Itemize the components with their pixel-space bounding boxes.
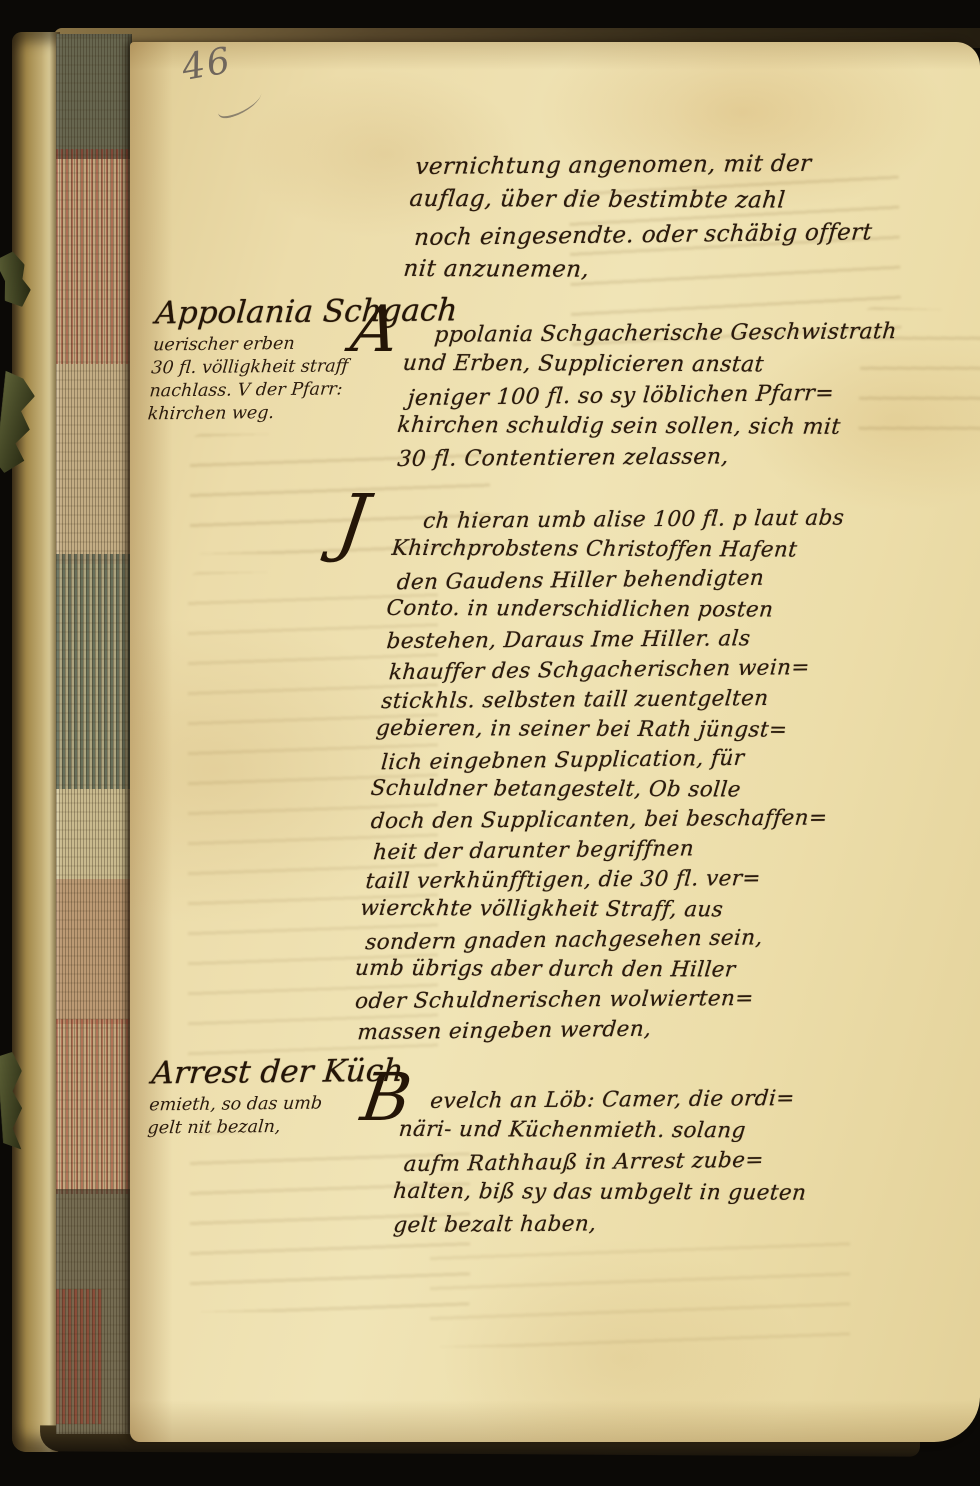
handwritten-line: lich eingebnen Supplication, für [380, 742, 923, 779]
illuminated-initial: A [348, 300, 403, 360]
handwritten-line: vernichtung angenomen, mit der [414, 146, 917, 185]
handwritten-line: taill verkhünfftigen, die 30 fl. ver= [364, 863, 907, 897]
page-fore-edge-stack [56, 34, 132, 1434]
paragraph-appolania-entry: ppolania Schgacherische Geschwistrathund… [393, 318, 927, 473]
manuscript-scan: 46 vernichtung angenomen, mit derauflag,… [0, 0, 980, 1486]
handwritten-line: evelch an Löb: Camer, die ordi= [403, 1082, 936, 1117]
handwritten-line: nit anzunemen, [402, 252, 905, 289]
handwritten-line: 30 fl. Contentieren zelassen, [396, 440, 919, 475]
handwritten-line: gebieren, in seiner bei Rath jüngst= [375, 714, 918, 746]
paragraph-main-entry: ch hieran umb alise 100 fl. p laut absKh… [348, 505, 935, 1045]
handwritten-line: ppolania Schgacherische Geschwistrath [407, 316, 930, 351]
edge-page-lines-texture [56, 34, 132, 1434]
handwritten-line: khirchen weg. [147, 401, 419, 427]
handwritten-line: massen eingeben werden, [356, 1012, 899, 1049]
handwritten-line: aufm Rathhauß in Arrest zube= [403, 1143, 936, 1180]
handwritten-line: und Erben, Supplicieren anstat [401, 348, 924, 381]
handwritten-line: ch hieran umb alise 100 fl. p laut abs [396, 503, 939, 537]
paragraph-intro: vernichtung angenomen, mit derauflag, üb… [402, 148, 914, 288]
handwritten-line: auflag, über die bestimbte zahl [408, 182, 911, 219]
handwritten-line: jeniger 100 fl. so sy löblichen Pfarr= [407, 377, 930, 414]
handwritten-line: gelt bezalt haben, [392, 1206, 925, 1241]
handwritten-line: Conto. in underschidlichen posten [385, 594, 928, 626]
handwritten-line: Schuldner betangestelt, Ob solle [369, 774, 912, 806]
handwritten-line: khirchen schuldig sein sollen, sich mit [396, 410, 919, 443]
handwritten-line: nachlass. V der Pfarr: [149, 378, 421, 404]
handwritten-line: wierckhte völligkheit Straff, aus [359, 894, 902, 926]
handwritten-line: Khirchprobstens Christoffen Hafent [390, 534, 933, 566]
handwritten-line: halten, biß sy das umbgelt in gueten [392, 1176, 925, 1209]
parchment-cover-spine [12, 32, 60, 1452]
handwritten-line: näri- und Küchenmieth. solang [397, 1114, 930, 1147]
handwritten-line: umb übrigs aber durch den Hiller [354, 954, 897, 986]
handwritten-line: noch eingesendte. oder schäbig offert [413, 215, 916, 256]
ink-bleedthrough [430, 1227, 850, 1347]
handwritten-line: stickhls. selbsten taill zuentgelten [380, 683, 923, 717]
handwritten-line: sondern gnaden nachgesehen sein, [364, 922, 907, 959]
paragraph-arrest-entry: evelch an Löb: Camer, die ordi=näri- und… [389, 1084, 933, 1239]
folio-number: 46 [179, 40, 235, 89]
handwritten-line: den Gaudens Hiller behendigten [396, 562, 939, 599]
